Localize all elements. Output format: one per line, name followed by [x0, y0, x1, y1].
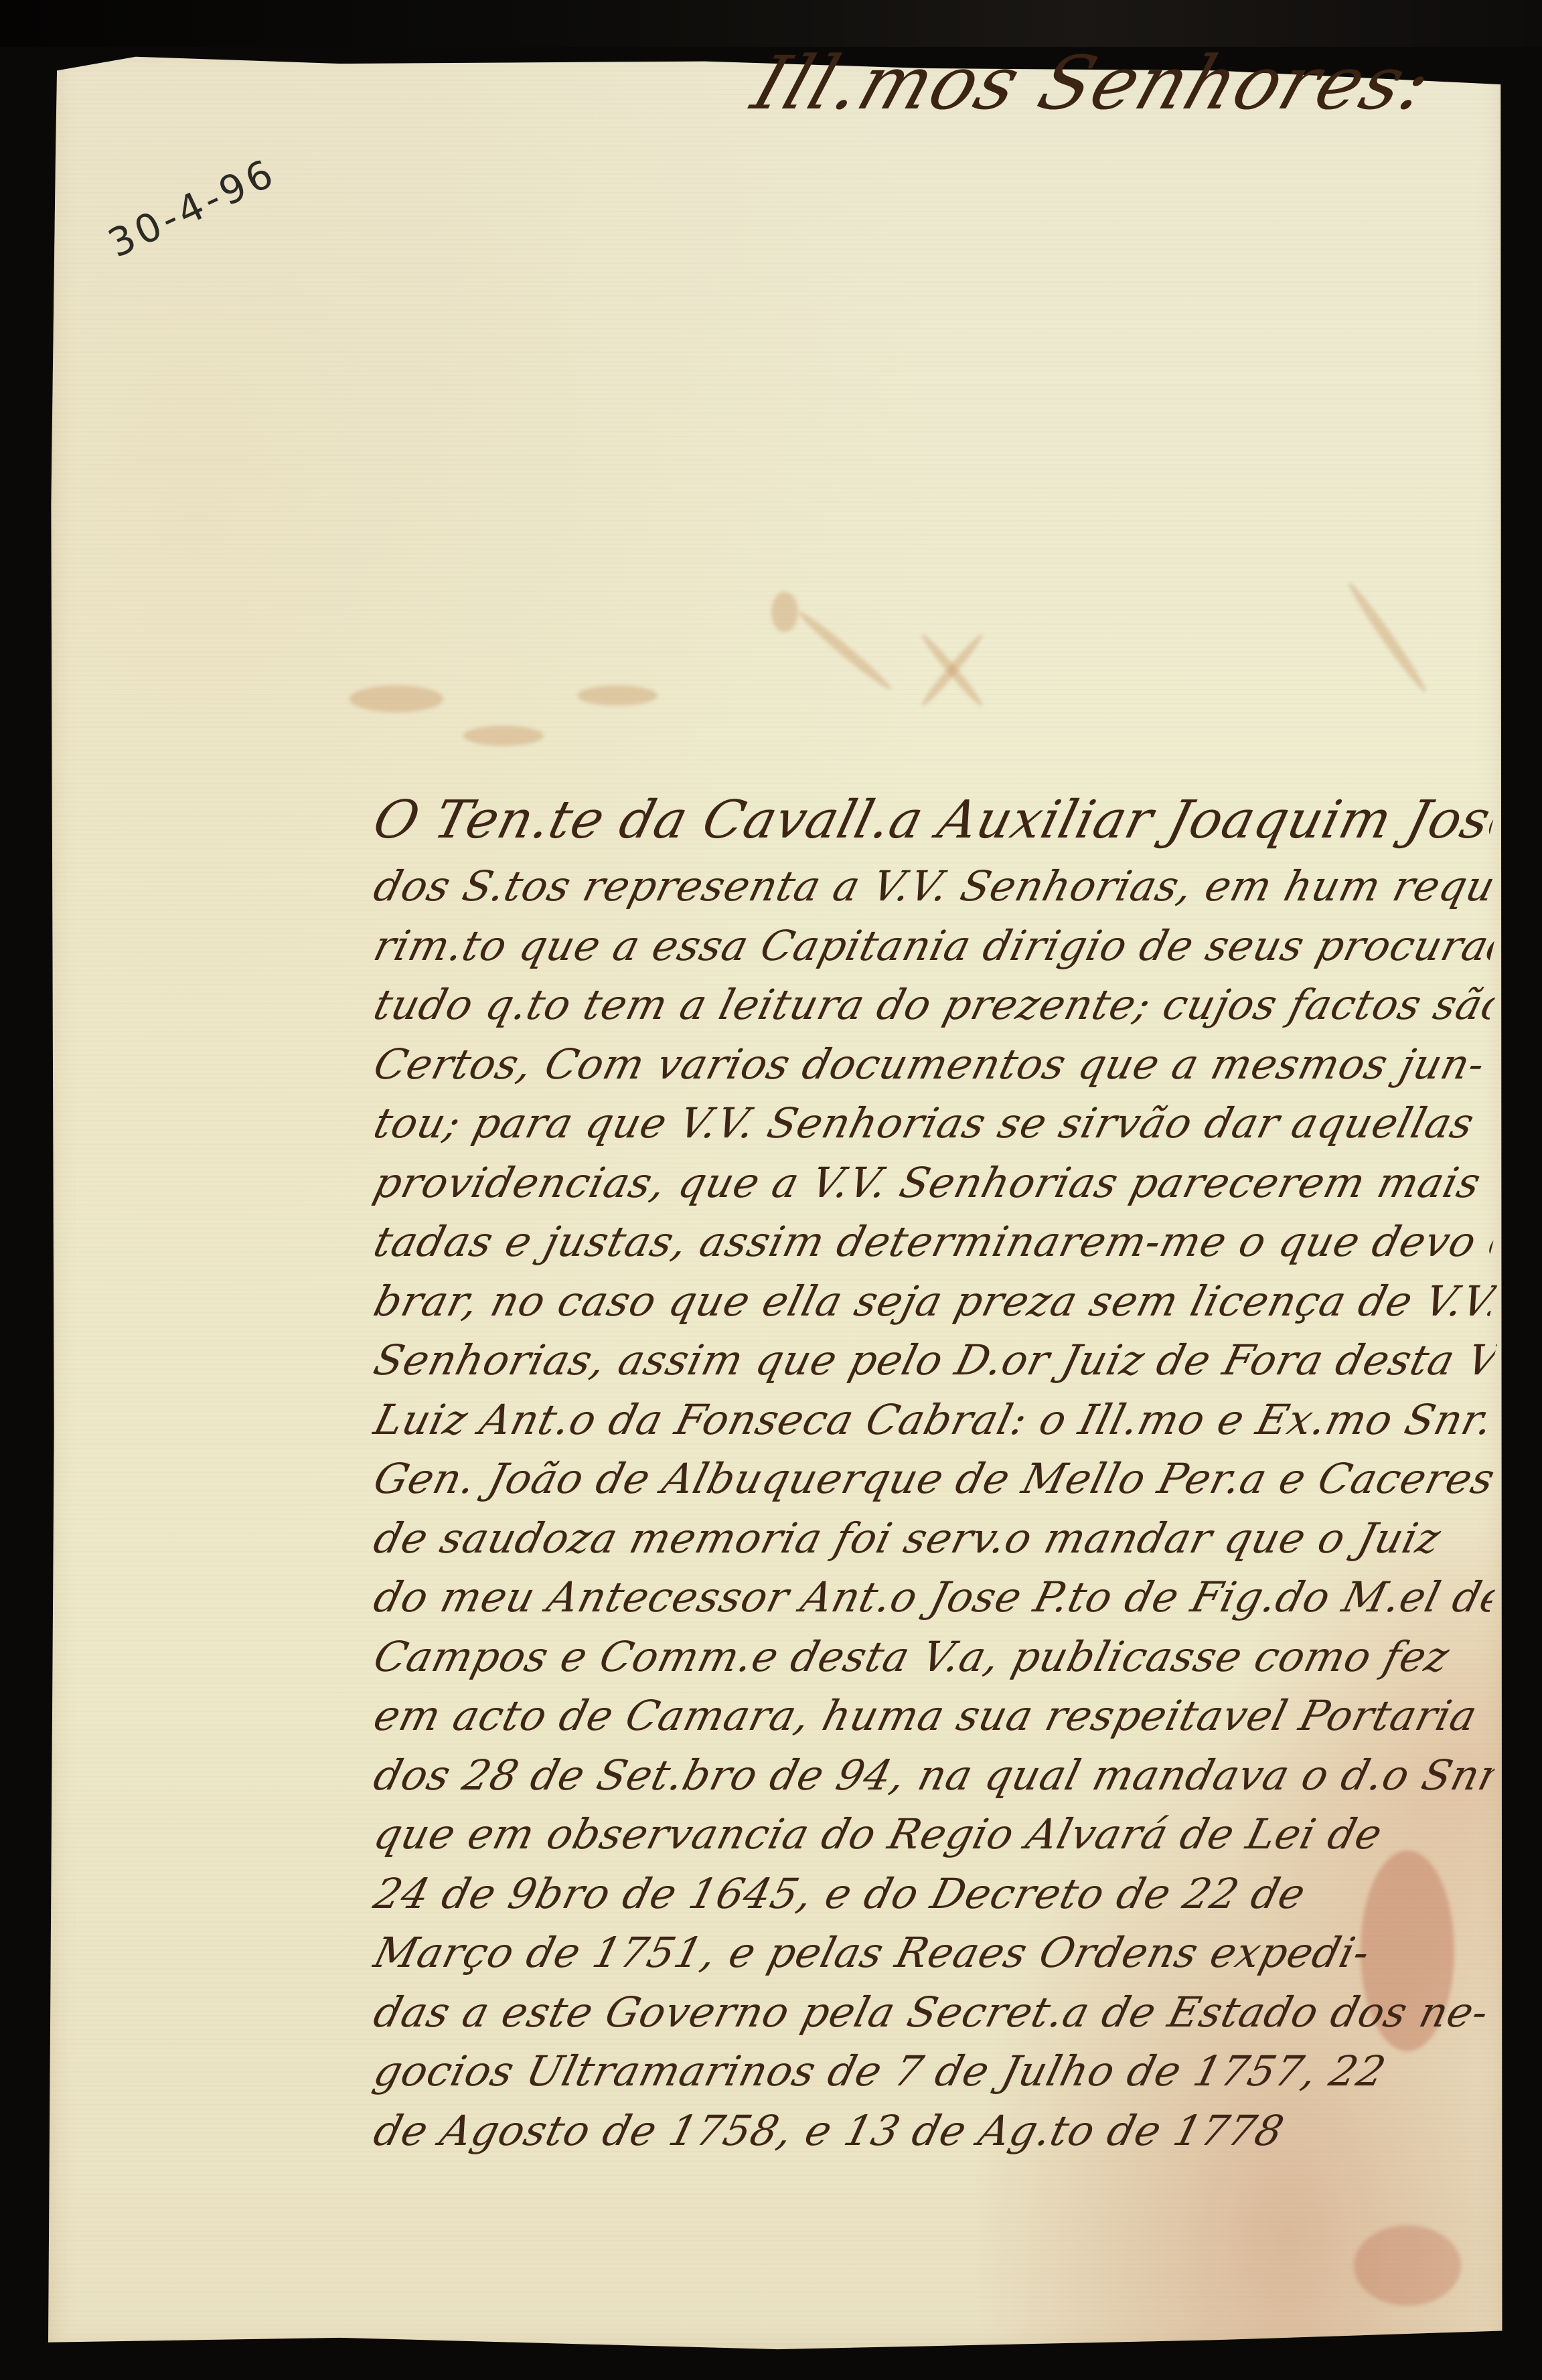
letter-line: tadas e justas, assim determinarem-me o …	[368, 1212, 1500, 1272]
letter-line: brar, no caso que ella seja preza sem li…	[368, 1272, 1500, 1332]
letter-body: O Ten.te da Cavall.a Auxiliar Joaquim Jo…	[375, 783, 1493, 2160]
stain-mark	[795, 608, 895, 694]
letter-line: Certos, Com varios documentos que a mesm…	[368, 1035, 1500, 1095]
letter-line: rim.to que a essa Capitania dirigio de s…	[368, 917, 1500, 976]
letter-line: providencias, que a V.V. Senhorias parec…	[368, 1154, 1500, 1213]
letter-line: Março de 1751, e pelas Reaes Ordens expe…	[368, 1923, 1500, 1983]
stain-mark	[463, 726, 544, 746]
stain-mark	[577, 686, 658, 706]
letter-line: O Ten.te da Cavall.a Auxiliar Joaquim Jo…	[366, 783, 1502, 857]
letter-line: do meu Antecessor Ant.o Jose P.to de Fig…	[368, 1568, 1500, 1628]
letter-line: de saudoza memoria foi serv.o mandar que…	[368, 1509, 1500, 1569]
letter-line: que em observancia do Regio Alvará de Le…	[368, 1805, 1500, 1865]
letter-line: em acto de Camara, huma sua respeitavel …	[368, 1686, 1500, 1746]
stain-mark	[1344, 579, 1430, 695]
stain-mark	[1354, 2225, 1461, 2306]
letter-line: Gen. João de Albuquerque de Mello Per.a …	[368, 1449, 1500, 1509]
letter-line: dos 28 de Set.bro de 94, na qual mandava…	[368, 1746, 1500, 1806]
letter-line: Senhorias, assim que pelo D.or Juiz de F…	[368, 1331, 1500, 1391]
letter-line: tou; para que V.V. Senhorias se sirvão d…	[368, 1094, 1500, 1154]
letter-line: das a este Governo pela Secret.a de Esta…	[368, 1983, 1500, 2043]
letter-line: 24 de 9bro de 1645, e do Decreto de 22 d…	[368, 1865, 1500, 1924]
letter-line: tudo q.to tem a leitura do prezente; cuj…	[368, 975, 1500, 1035]
letter-line: gocios Ultramarinos de 7 de Julho de 175…	[368, 2042, 1500, 2101]
letter-line: Luiz Ant.o da Fonseca Cabral: o Ill.mo e…	[368, 1391, 1500, 1450]
stain-mark	[350, 686, 443, 712]
punch-hole	[1457, 70, 1465, 80]
salutation-heading: Ill.mos Senhores:	[743, 40, 1443, 126]
letter-line: de Agosto de 1758, e 13 de Ag.to de 1778	[368, 2101, 1500, 2161]
stain-mark	[771, 592, 798, 632]
letter-line: Campos e Comm.e desta V.a, publicasse co…	[368, 1628, 1500, 1687]
letter-line: dos S.tos representa a V.V. Senhorias, e…	[368, 857, 1500, 917]
